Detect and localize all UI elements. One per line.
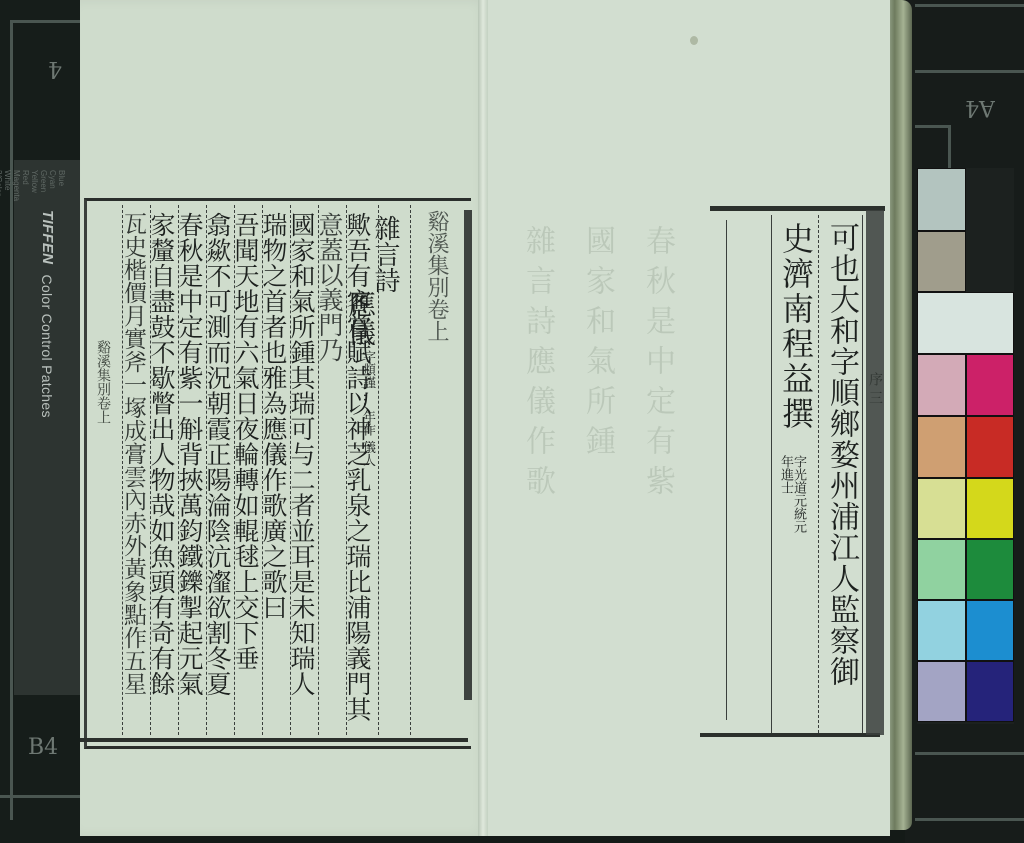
text-column-3: 國家和氣所鍾其瑞可与二者並耳是未知瑞人 (289, 212, 314, 697)
right-margin-label: 序 三 (868, 372, 882, 404)
text-column-8: 家釐自盡鼓不歇瞥出人物哉如魚頭有奇有餘 (149, 212, 174, 697)
sub-label: Red (21, 170, 30, 690)
text-column-5: 吾聞天地有六氣日夜輪轉如輥毬上交下垂 (233, 212, 258, 671)
left-margin-label: 谿溪集別卷上 (96, 340, 110, 424)
patch-lavender (917, 661, 966, 722)
author-note: 字光道元統元年進士 (775, 455, 805, 545)
column-rule (726, 220, 727, 720)
patch-light-yellow (917, 478, 966, 539)
grid-line (915, 4, 1024, 7)
column-rule (378, 205, 379, 735)
patch-mid-gray (917, 231, 966, 292)
grid-line (915, 818, 1024, 821)
bleed-through-text: 春秋是中定有紫 (635, 225, 679, 705)
left-print-bottom-rule (80, 738, 468, 742)
grid-line (915, 70, 1024, 73)
right-text-column-1: 可也大和字順鄉婺州浦江人監察御 (826, 222, 856, 687)
bleed-through-text: 雜言詩應儀作歌 (515, 225, 559, 705)
sub-label: Magenta (12, 170, 21, 690)
grid-label-top-right: A4 (965, 95, 995, 120)
right-text-column-2: 史濟南程益撰 (780, 222, 812, 432)
patch-magenta (966, 354, 1014, 416)
patch-sub-labels: Blue Cyan Green Yellow Red Magenta White… (48, 170, 66, 690)
patch-white (917, 292, 1014, 354)
paper-stain (690, 36, 698, 45)
grid-label-bottom-left: B4 (28, 735, 58, 760)
left-page-header: 谿溪集別卷上 (425, 210, 447, 342)
patch-yellow (966, 478, 1014, 539)
patch-light-gray (917, 168, 966, 231)
text-column-9: 瓦史楷價月實斧一塚成膏雲內赤外黃象點作五星 (121, 212, 144, 695)
left-fold-margin (464, 210, 472, 700)
text-column-1: 歟吾有客嘗賦詩以神芝乳泉之瑞比浦陽義門其 (345, 212, 370, 722)
grid-line (915, 125, 950, 128)
patch-navy (966, 661, 1014, 722)
column-rule (818, 215, 819, 733)
text-column-4: 瑞物之首者也雅為應儀作歌廣之歌曰 (261, 212, 286, 620)
patch-light-cyan (917, 600, 966, 661)
text-column-7: 春秋是中定有紫一斛背挾萬鈞鐵鑠掣起元氣 (177, 212, 202, 697)
sub-label: White (3, 170, 12, 690)
sub-label: Blue (57, 170, 66, 690)
text-column-6: 翕歘不可測而況朝霞正陽淪陰沆瀣欲割冬夏 (205, 212, 230, 697)
bleed-through-text: 國家和氣所鍾 (575, 225, 619, 705)
grid-line (10, 20, 80, 23)
patch-green (966, 539, 1014, 600)
patch-red (966, 416, 1014, 478)
grid-line (915, 752, 1024, 755)
patch-blue (966, 600, 1014, 661)
grid-line (948, 125, 951, 170)
patch-tan (917, 416, 966, 478)
right-print-bottom-rule (700, 733, 880, 737)
sub-label: Cyan (48, 170, 57, 690)
right-print-top-rule (710, 206, 885, 211)
patch-light-green (917, 539, 966, 600)
color-patch-chart (917, 168, 1014, 724)
column-rule (771, 215, 772, 733)
section-title: 雜言詩 (372, 215, 398, 293)
column-rule (862, 215, 863, 733)
text-column-2: 意蓋以義門乃 (317, 212, 342, 362)
book-spine (478, 0, 488, 836)
sub-label: Green (39, 170, 48, 690)
column-rule (410, 205, 411, 735)
sub-label: Yellow (30, 170, 39, 690)
sub-label: 3/Color (0, 170, 3, 690)
grid-line (0, 795, 90, 798)
grid-label-top-left: 4 (48, 56, 62, 81)
right-fold-margin (866, 210, 884, 735)
patch-pink (917, 354, 966, 416)
